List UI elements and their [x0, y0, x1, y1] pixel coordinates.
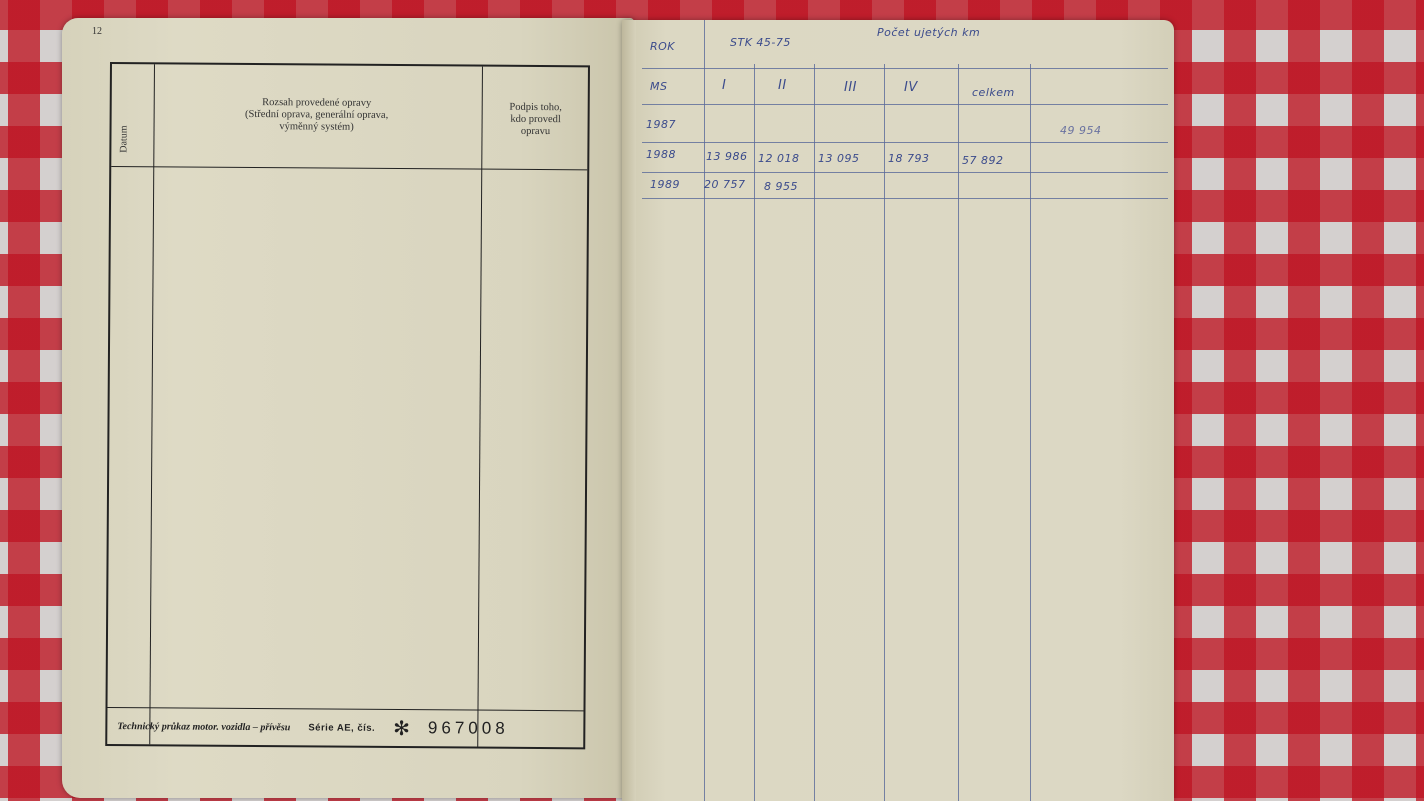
cell-value: 12 018: [758, 152, 800, 165]
ruled-grid: [622, 20, 1174, 801]
header-signature: Podpis toho, kdo provedl opravu: [483, 102, 587, 139]
grid-line: [642, 172, 1168, 173]
col-header: II: [778, 78, 787, 93]
row-year: 1988: [646, 148, 676, 161]
row-year: 1989: [650, 178, 680, 191]
header-line: kdo provedl: [484, 114, 588, 127]
grid-line: [642, 104, 1168, 105]
cell-value: 49 954: [1060, 124, 1102, 137]
grid-line: [754, 64, 755, 801]
col-header: MS: [650, 80, 667, 93]
footer-series: Série AE, čís.: [308, 722, 375, 733]
handwritten-stk: STK 45-75: [730, 36, 791, 49]
footer-title: Technický průkaz motor. vozidla – přívěs…: [117, 721, 290, 733]
cell-value: 8 955: [764, 180, 798, 193]
handwritten-km-title: Počet ujetých km: [877, 26, 980, 39]
grid-line: [1030, 64, 1031, 801]
repair-record-form: Datum Rozsah provedené opravy (Střední o…: [105, 62, 590, 749]
grid-line: [704, 20, 705, 801]
cell-value: 13 095: [818, 152, 860, 165]
grid-line: [884, 64, 885, 801]
col-header: IV: [904, 80, 918, 95]
divider: [111, 166, 587, 170]
col-header: celkem: [972, 86, 1015, 99]
grid-line: [642, 142, 1168, 143]
row-year: 1987: [646, 118, 676, 131]
grid-line: [814, 64, 815, 801]
col-header: III: [844, 80, 857, 95]
grid-line: [958, 64, 959, 801]
cell-value: 57 892: [962, 154, 1004, 167]
grid-line: [642, 68, 1168, 69]
header-repair-scope: Rozsah provedené opravy (Střední oprava,…: [162, 96, 472, 134]
asterisk-icon: ✻: [393, 715, 410, 740]
cell-value: 18 793: [888, 152, 930, 165]
right-page-content: ROK STK 45-75 Počet ujetých km MS I II I…: [622, 20, 1174, 801]
header-date: Datum: [118, 119, 148, 159]
header-line: opravu: [483, 126, 587, 139]
form-footer: Technický průkaz motor. vozidla – přívěs…: [107, 707, 583, 747]
cell-value: 13 986: [706, 150, 748, 163]
serial-number: 967008: [428, 718, 509, 739]
page-number: 12: [92, 26, 102, 37]
handwritten-year-label: ROK: [650, 40, 675, 53]
grid-line: [642, 198, 1168, 199]
left-page-content: 12 Datum Rozsah provedené opravy (Středn…: [62, 18, 634, 798]
col-header: I: [722, 78, 726, 93]
header-line: Podpis toho,: [484, 102, 588, 115]
header-line: výměnný systém): [162, 120, 472, 134]
cell-value: 20 757: [704, 178, 746, 191]
